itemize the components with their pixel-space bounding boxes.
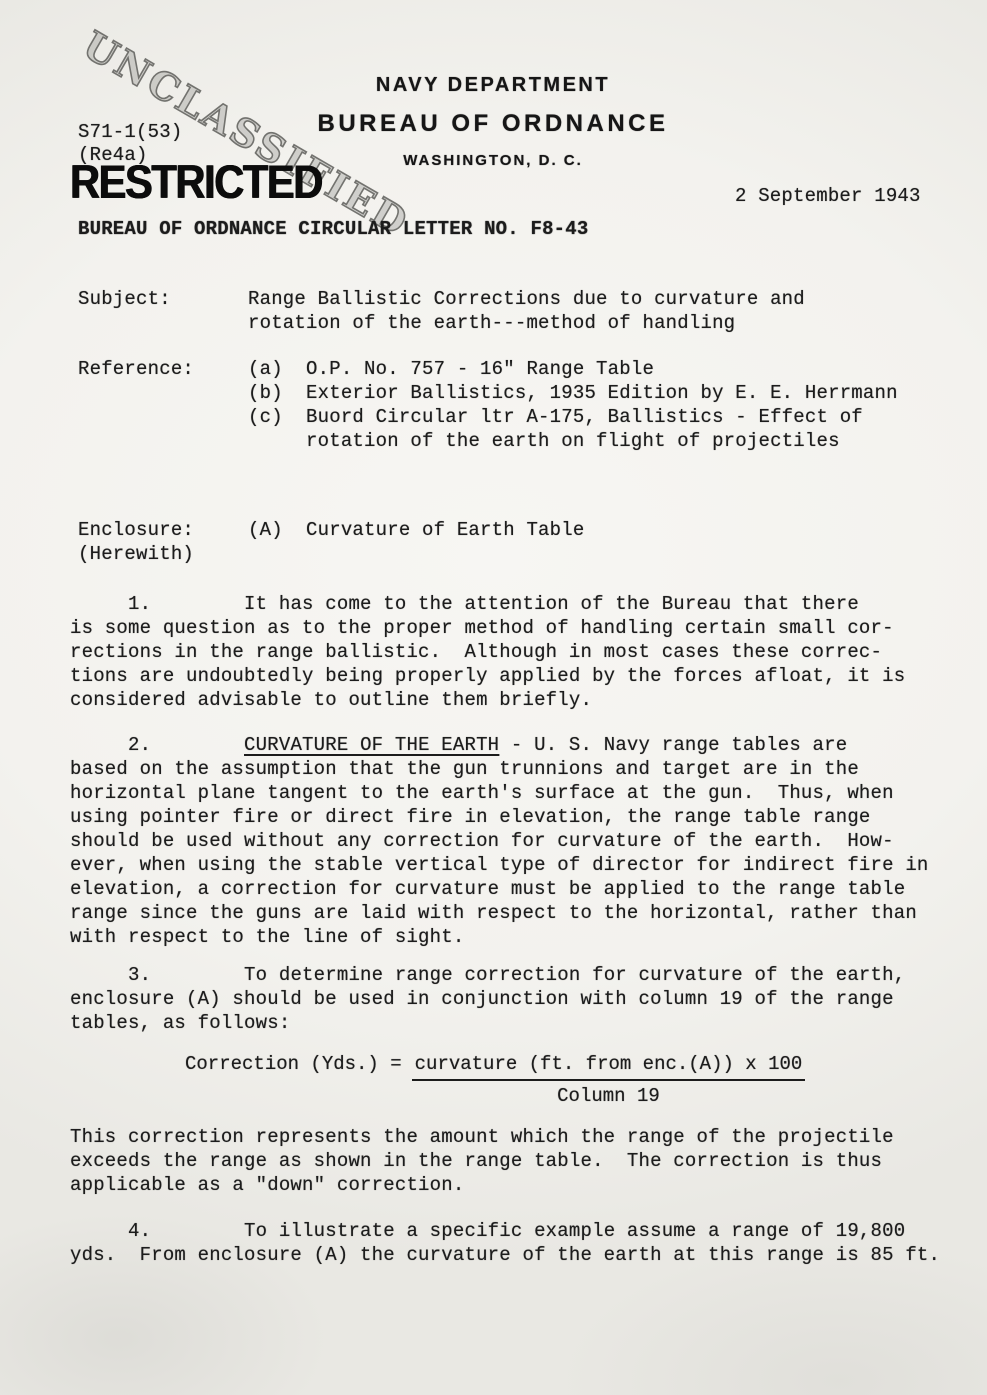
subject-label: Subject:: [78, 287, 171, 311]
paragraph-2-heading: CURVATURE OF THE EARTH: [244, 734, 499, 756]
circular-letter-title: BUREAU OF ORDNANCE CIRCULAR LETTER NO. F…: [78, 217, 588, 241]
correction-formula: Correction (Yds.) = curvature (ft. from …: [185, 1051, 805, 1109]
formula-lhs: Correction (Yds.) =: [185, 1051, 402, 1077]
scanned-letter-page: UNCLASSIFIED NAVY DEPARTMENT BUREAU OF O…: [0, 0, 987, 1395]
paragraph-4: 4. To illustrate a specific example assu…: [70, 1219, 950, 1267]
subject-text: Range Ballistic Corrections due to curva…: [248, 287, 805, 335]
formula-numerator: curvature (ft. from enc.(A)) x 100: [412, 1051, 806, 1081]
paragraph-1: 1. It has come to the attention of the B…: [70, 592, 950, 712]
letter-date: 2 September 1943: [735, 184, 921, 208]
reference-label: Reference:: [78, 357, 194, 381]
restricted-stamp: RESTRICTED: [70, 156, 322, 210]
formula-denominator: Column 19: [412, 1081, 806, 1109]
letterhead-city: WASHINGTON, D. C.: [403, 152, 583, 169]
paragraph-2-body: - U. S. Navy range tables are based on t…: [70, 734, 929, 948]
reference-items: (a) O.P. No. 757 - 16" Range Table (b) E…: [248, 357, 898, 453]
paragraph-3: 3. To determine range correction for cur…: [70, 963, 950, 1035]
formula-fraction: curvature (ft. from enc.(A)) x 100 Colum…: [412, 1051, 806, 1109]
enclosure-text: (A) Curvature of Earth Table: [248, 518, 584, 542]
letterhead-department: NAVY DEPARTMENT: [376, 74, 610, 97]
enclosure-label: Enclosure: (Herewith): [78, 518, 194, 566]
paragraph-post-formula: This correction represents the amount wh…: [70, 1125, 950, 1197]
paragraph-2-number: 2.: [70, 734, 244, 756]
paragraph-2: 2. CURVATURE OF THE EARTH - U. S. Navy r…: [70, 733, 950, 949]
letterhead-bureau: BUREAU OF ORDNANCE: [318, 110, 669, 138]
